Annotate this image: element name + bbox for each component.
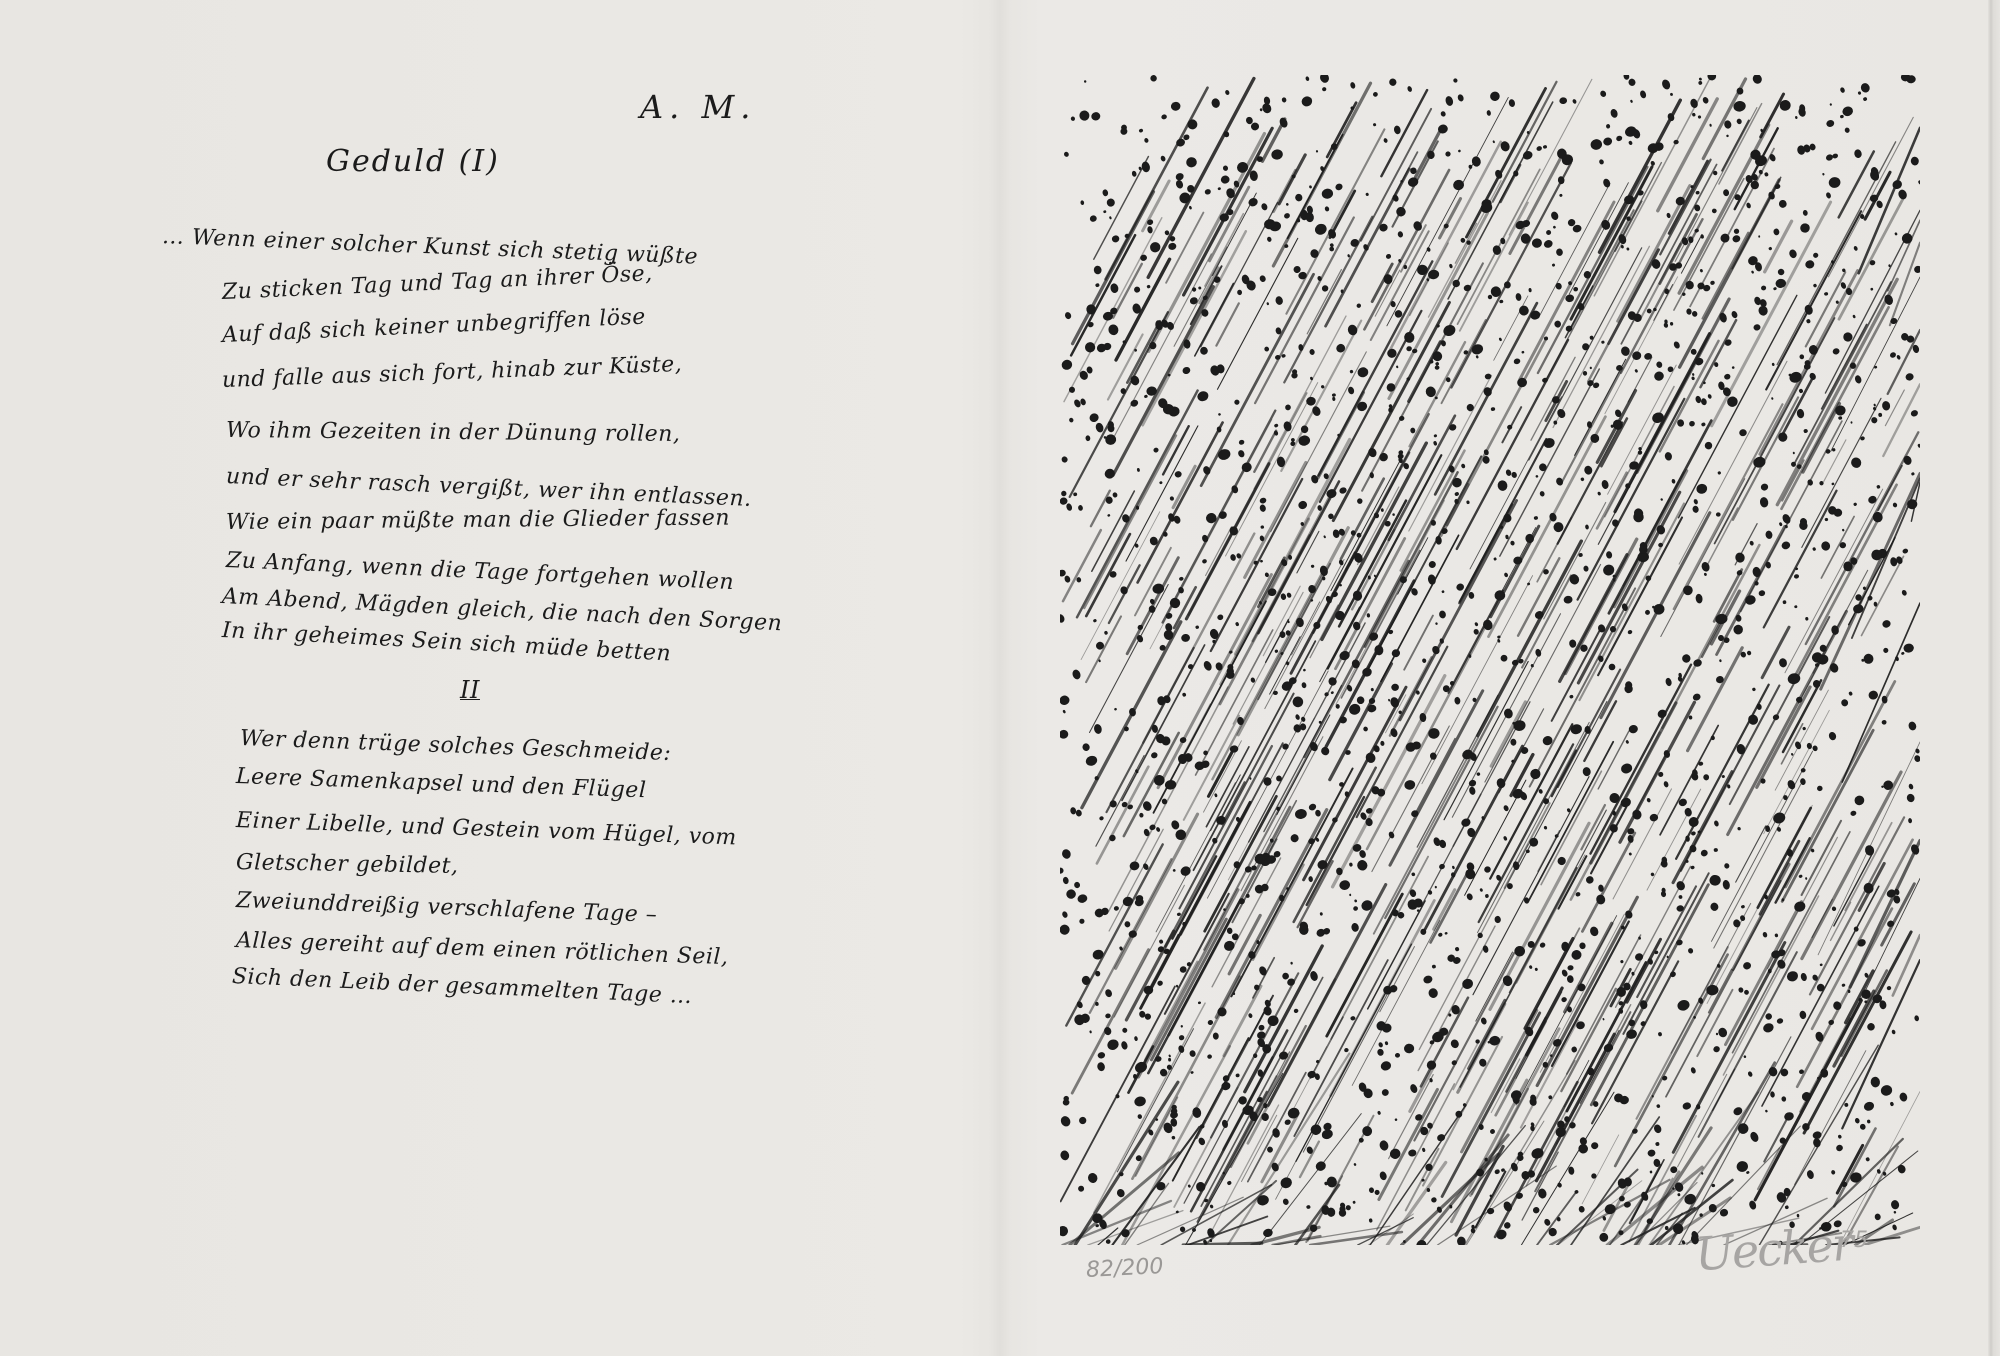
print-sheet: A. M. Geduld (I) … Wenn einer solcher Ku… [0,0,2000,1356]
poem-line: Auf daß sich keiner unbegriffen löse [221,305,646,348]
poem-line: Sich den Leib der gesammelten Tage … [231,964,692,1009]
poem-line: Zu sticken Tag und Tag an ihrer Öse, [221,261,653,305]
poem-line: Zweiunddreißig verschlafene Tage – [236,888,658,928]
manuscript-page: A. M. Geduld (I) … Wenn einer solcher Ku… [0,0,990,1356]
poem-line: Leere Samenkapsel und den Flügel [236,764,647,803]
center-fold [990,0,1010,1356]
artwork-strokes [1060,75,1920,1245]
author-initials: A. M. [640,88,756,126]
signature-year: 75 [1840,1228,1868,1253]
deckle-paper-edge [1988,0,2000,1356]
poem-line: und falle aus sich fort, hinab zur Küste… [222,352,683,393]
poem-line: Wo ihm Gezeiten in der Dünung rollen, [226,418,681,447]
ink-rain-artwork [1060,75,1920,1245]
poem-line: Wer denn trüge solches Geschmeide: [240,726,672,766]
poem-line: Einer Libelle, und Gestein vom Hügel, vo… [236,808,738,850]
poem-title: Geduld (I) [326,144,500,179]
poem-line: Gletscher gebildet, [236,850,459,879]
poem-line: Wie ein paar müßte man die Glieder fasse… [226,506,730,535]
poem-line: Alles gereiht auf dem einen rötlichen Se… [236,928,729,970]
section-numeral: II [460,676,480,704]
artist-signature: Uecker [1693,1217,1853,1282]
edition-number: 82/200 [1085,1254,1164,1283]
poem-line: und er sehr rasch vergißt, wer ihn entla… [225,464,752,512]
